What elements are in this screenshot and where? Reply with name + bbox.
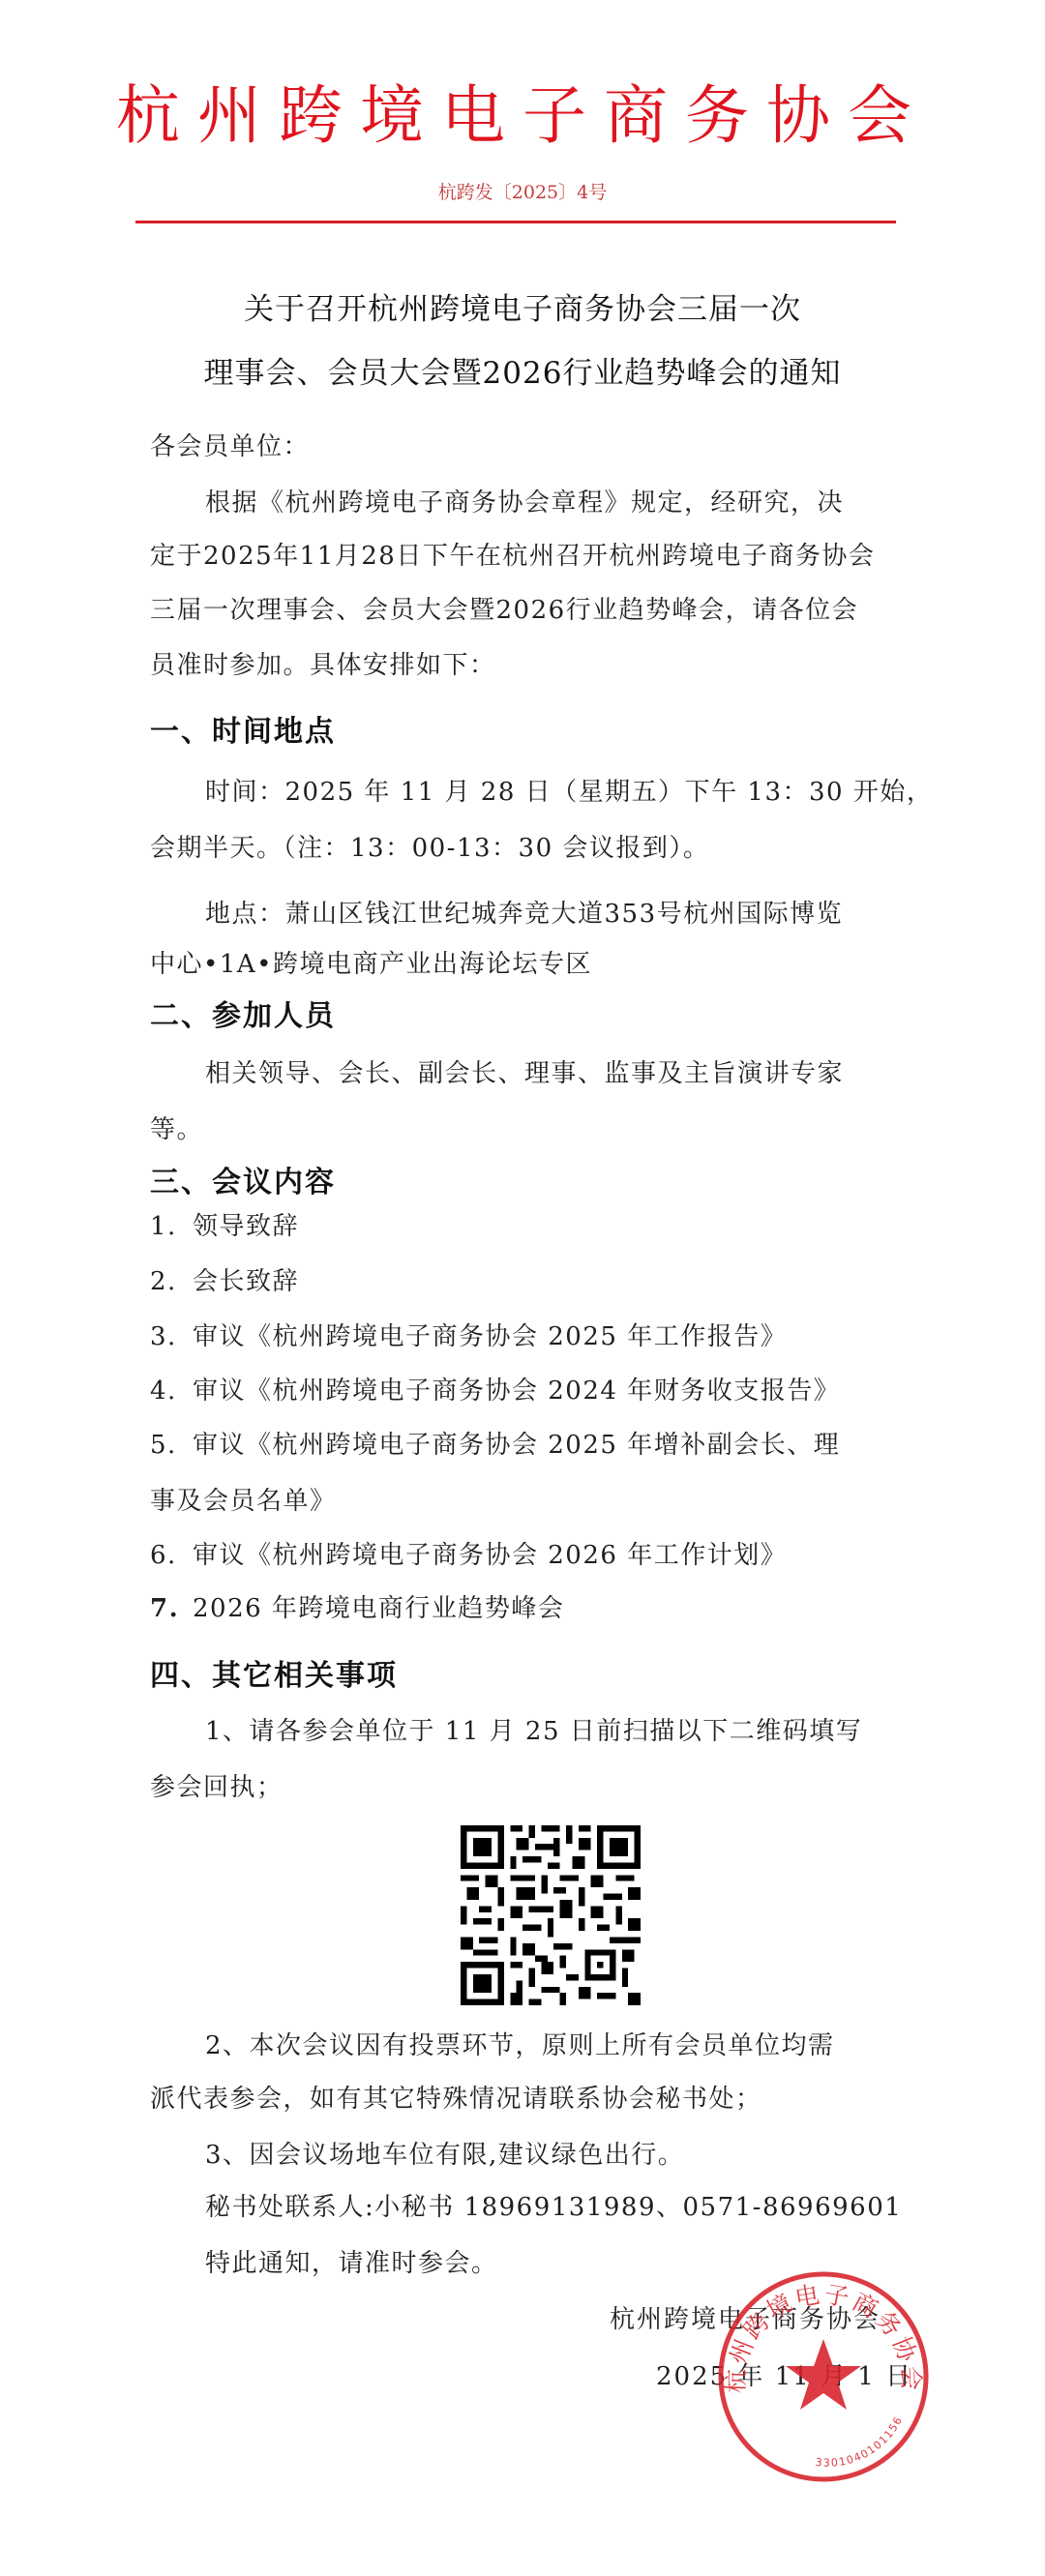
seal-star-icon	[786, 2339, 861, 2410]
qr-code-icon	[461, 1825, 641, 2005]
attendees-line: 等。	[150, 1113, 203, 1146]
agenda-item: 3.审议《杭州跨境电子商务协会 2025 年工作报告》	[150, 1320, 787, 1353]
agenda-item: 6.审议《杭州跨境电子商务协会 2026 年工作计划》	[150, 1539, 787, 1572]
seal-code: 3301040101156	[815, 2413, 906, 2469]
masthead-org-name: 杭州跨境电子商务协会	[0, 77, 1045, 155]
red-divider-line	[135, 221, 896, 223]
agenda-item: 4.审议《杭州跨境电子商务协会 2024 年财务收支报告》	[150, 1375, 840, 1407]
agenda-item-text: 审议《杭州跨境电子商务协会 2026 年工作计划》	[193, 1541, 787, 1570]
agenda-item: 1.领导致辞	[150, 1210, 299, 1243]
agenda-item-text: 审议《杭州跨境电子商务协会 2025 年增补副会长、理	[193, 1431, 840, 1460]
agenda-item-number: 6.	[150, 1539, 193, 1572]
agenda-item-number: 7.	[150, 1592, 193, 1625]
notice-title-line-2: 理事会、会员大会暨2026行业趋势峰会的通知	[0, 354, 1045, 393]
agenda-item-number: 2.	[150, 1265, 193, 1298]
registration-qr-code[interactable]	[461, 1825, 641, 2005]
agenda-item-number: 4.	[150, 1375, 193, 1407]
intro-line: 定于2025年11月28日下午在杭州召开杭州跨境电子商务协会	[150, 540, 875, 573]
agenda-item-text: 领导致辞	[193, 1212, 299, 1241]
section-heading-other-matters: 四、其它相关事项	[150, 1658, 398, 1695]
time-line: 会期半天。（注：13：00-13：30 会议报到）。	[150, 832, 709, 865]
time-line: 时间：2025 年 11 月 28 日（星期五）下午 13：30 开始，	[205, 776, 933, 809]
intro-line: 根据《杭州跨境电子商务协会章程》规定，经研究，决	[205, 487, 844, 519]
intro-line: 三届一次理事会、会员大会暨2026行业趋势峰会，请各位会	[150, 594, 858, 627]
official-seal: 杭州跨境电子商务协会 3301040101156	[716, 2269, 931, 2484]
place-line: 中心•1A•跨境电商产业出海论坛专区	[150, 948, 592, 981]
secretariat-contact: 秘书处联系人:小秘书 18969131989、0571-86969601	[205, 2191, 902, 2224]
agenda-item-text: 2026 年跨境电商行业趋势峰会	[193, 1594, 564, 1623]
agenda-item: 5.审议《杭州跨境电子商务协会 2025 年增补副会长、理	[150, 1429, 840, 1462]
agenda-item-number: 1.	[150, 1210, 193, 1243]
closing-remark: 特此通知，请准时参会。	[205, 2247, 498, 2280]
other-item-2-line: 2、本次会议因有投票环节，原则上所有会员单位均需	[205, 2029, 835, 2062]
intro-line: 员准时参加。具体安排如下：	[150, 649, 496, 682]
other-item-3: 3、因会议场地车位有限,建议绿色出行。	[205, 2139, 684, 2172]
agenda-item-continuation: 事及会员名单》	[150, 1485, 337, 1518]
agenda-item: 7.2026 年跨境电商行业趋势峰会	[150, 1592, 564, 1625]
agenda-item-number: 3.	[150, 1320, 193, 1353]
agenda-item: 2.会长致辞	[150, 1265, 299, 1298]
place-line: 地点：萧山区钱江世纪城奔竞大道353号杭州国际博览	[205, 898, 843, 931]
attendees-line: 相关领导、会长、副会长、理事、监事及主旨演讲专家	[205, 1057, 844, 1090]
section-heading-time-place: 一、时间地点	[150, 714, 336, 751]
document-number: 杭跨发〔2025〕4号	[0, 180, 1045, 205]
salutation: 各会员单位：	[150, 430, 310, 463]
notice-title-line-1: 关于召开杭州跨境电子商务协会三届一次	[0, 290, 1045, 329]
agenda-item-text: 审议《杭州跨境电子商务协会 2025 年工作报告》	[193, 1322, 787, 1351]
agenda-item-text: 审议《杭州跨境电子商务协会 2024 年财务收支报告》	[193, 1377, 840, 1406]
section-heading-attendees: 二、参加人员	[150, 998, 336, 1035]
agenda-item-number: 5.	[150, 1429, 193, 1462]
agenda-item-text: 会长致辞	[193, 1267, 299, 1296]
other-item-1-line: 1、请各参会单位于 11 月 25 日前扫描以下二维码填写	[205, 1715, 862, 1748]
other-item-1-line: 参会回执；	[150, 1771, 284, 1804]
other-item-2-line: 派代表参会，如有其它特殊情况请联系协会秘书处；	[150, 2083, 762, 2116]
seal-icon: 杭州跨境电子商务协会 3301040101156	[716, 2269, 931, 2484]
section-heading-agenda: 三、会议内容	[150, 1165, 336, 1201]
svg-text:3301040101156: 3301040101156	[815, 2413, 906, 2469]
